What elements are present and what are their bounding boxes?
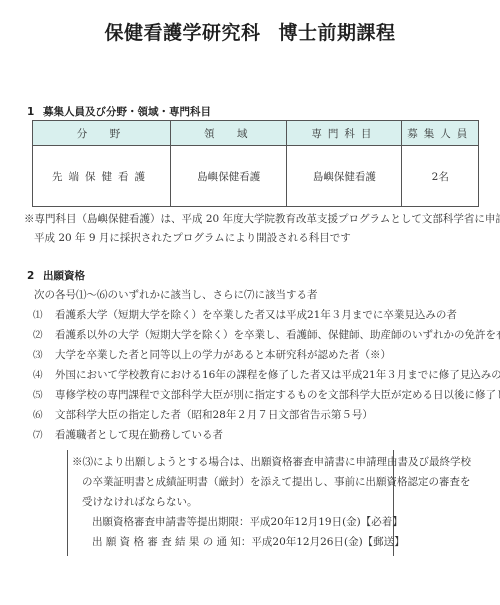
- header-field: 分 野: [33, 121, 171, 146]
- recruitment-table: 分 野 領 域 専門科目 募集人員 先端保健看護 島嶼保健看護 島嶼保健看護 2…: [32, 120, 479, 207]
- list-item: ⑹文部科学大臣の指定した者（昭和28年２月７日文部省告示第５号）: [33, 407, 373, 422]
- notice-line-1: ※⑶により出願しようとする場合は、出願資格審査申請書に申請理由書及び最終学校: [72, 454, 471, 469]
- section-1-heading: 1募集人員及び分野・領域・専門科目: [27, 104, 211, 119]
- list-item: ⑸専修学校の専門課程で文部科学大臣が別に指定するものを文部科学大臣が定める日以後…: [33, 387, 500, 402]
- notice-box: ※⑶により出願しようとする場合は、出願資格審査申請書に申請理由書及び最終学校 の…: [67, 450, 394, 556]
- section-number: 1: [27, 106, 43, 118]
- list-item: ⑷外国において学校教育における16年の課程を修了した者又は平成21年３月までに修…: [33, 367, 500, 382]
- list-item: ⑶大学を卒業した者と同等以上の学力があると本研究科が認めた者（※）: [33, 347, 391, 362]
- deadline-line: 出願資格審査申請書等提出期限：平成20年12月19日(金)【必着】: [92, 514, 403, 529]
- eligibility-intro: 次の各号⑴～⑹のいずれかに該当し、さらに⑺に該当する者: [34, 287, 318, 302]
- header-area: 領 域: [171, 121, 287, 146]
- deadline-value: ：平成20年12月19日(金)【必着】: [239, 516, 403, 528]
- page-title: 保健看護学研究科博士前期課程: [0, 18, 500, 45]
- cell-capacity: 2名: [402, 146, 479, 207]
- section-title: 出願資格: [43, 270, 85, 282]
- section-number: 2: [27, 270, 43, 282]
- item-text: 看護系以外の大学（短期大学を除く）を卒業し、看護師、保健師、助産師のいずれかの免…: [55, 329, 500, 341]
- table-header-row: 分 野 領 域 専門科目 募集人員: [33, 121, 479, 146]
- cell-field: 先端保健看護: [33, 146, 171, 207]
- program-name: 博士前期課程: [279, 22, 396, 44]
- notice-line-2: の卒業証明書と成績証明書（厳封）を添えて提出し、事前に出願資格認定の審査を: [82, 474, 471, 489]
- list-item: ⑵看護系以外の大学（短期大学を除く）を卒業し、看護師、保健師、助産師のいずれかの…: [33, 327, 500, 342]
- table-row: 先端保健看護 島嶼保健看護 島嶼保健看護 2名: [33, 146, 479, 207]
- item-text: 看護系大学（短期大学を除く）を卒業した者又は平成21年３月までに卒業見込みの者: [55, 309, 457, 321]
- cell-area: 島嶼保健看護: [171, 146, 287, 207]
- result-label: 出 願 資 格 審 査 結 果 の 通 知: [92, 536, 241, 548]
- item-number: ⑹: [33, 407, 55, 421]
- list-item: ⑺看護職者として現在勤務している者: [33, 427, 223, 442]
- item-text: 大学を卒業した者と同等以上の学力があると本研究科が認めた者（※）: [55, 349, 391, 361]
- item-number: ⑷: [33, 367, 55, 381]
- header-subject: 専門科目: [287, 121, 402, 146]
- list-item: ⑴看護系大学（短期大学を除く）を卒業した者又は平成21年３月までに卒業見込みの者: [33, 307, 457, 322]
- item-text: 外国において学校教育における16年の課程を修了した者又は平成21年３月までに修了…: [55, 369, 500, 381]
- section-title: 募集人員及び分野・領域・専門科目: [43, 106, 211, 118]
- item-number: ⑵: [33, 327, 55, 341]
- subject-note-line-1: ※専門科目（島嶼保健看護）は、平成 20 年度大学院教育改革支援プログラムとして…: [24, 211, 500, 226]
- deadline-label: 出願資格審査申請書等提出期限: [92, 516, 239, 528]
- result-line: 出 願 資 格 審 査 結 果 の 通 知：平成20年12月26日(金)【郵送】: [92, 534, 405, 549]
- cell-subject: 島嶼保健看護: [287, 146, 402, 207]
- item-number: ⑺: [33, 427, 55, 441]
- item-number: ⑴: [33, 307, 55, 321]
- item-number: ⑸: [33, 387, 55, 401]
- header-capacity: 募集人員: [402, 121, 479, 146]
- item-text: 文部科学大臣の指定した者（昭和28年２月７日文部省告示第５号）: [55, 409, 373, 421]
- section-2-heading: 2出願資格: [27, 268, 85, 283]
- item-text: 看護職者として現在勤務している者: [55, 429, 223, 441]
- result-value: ：平成20年12月26日(金)【郵送】: [241, 536, 405, 548]
- item-text: 専修学校の専門課程で文部科学大臣が別に指定するものを文部科学大臣が定める日以後に…: [55, 389, 500, 401]
- subject-note-line-2: 平成 20 年 9 月に採択されたプログラムにより開設される科目です: [34, 230, 351, 245]
- item-number: ⑶: [33, 347, 55, 361]
- notice-line-3: 受けなければならない。: [82, 494, 198, 509]
- department-name: 保健看護学研究科: [104, 22, 260, 44]
